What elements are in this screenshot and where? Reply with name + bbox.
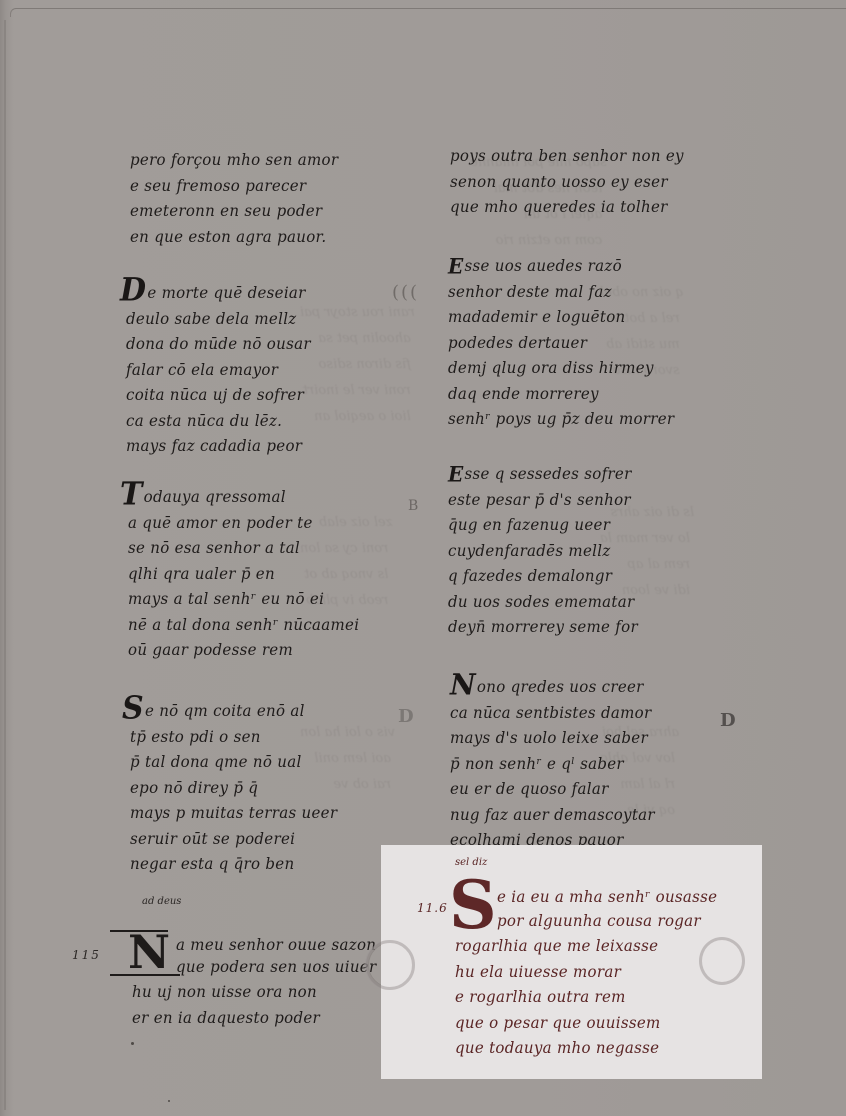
poem-number: 115 — [72, 948, 101, 962]
verse-line: oū gaar podesse rem — [120, 637, 359, 664]
page-edge-top — [10, 8, 846, 17]
verse-line: rogarlhia que me leixasse — [455, 933, 717, 960]
verse-line: poys outra ben senhor non ey — [450, 143, 684, 170]
verse-line: mays a tal senhʳ eu nō ei — [120, 586, 359, 613]
right-stanza-2: Esse uos auedes razō senhor deste mal fa… — [448, 254, 674, 433]
verse-line: se nō esa senhor a tal — [120, 535, 359, 562]
verse-line: hu uj non uisse ora non — [132, 979, 376, 1006]
verse-line: epo nō direy p̄ q̄ — [122, 775, 337, 802]
verse-line: este pesar p̄ d's senhor — [448, 487, 638, 514]
verse-line: deulo sabe dela mellz — [120, 306, 311, 333]
highlighted-poem: e ia eu a mha senhʳ ousasse por alguunha… — [455, 885, 717, 1062]
page-edge-left — [4, 20, 6, 1110]
verse-line: mays p muitas terras ueer — [122, 800, 337, 827]
verse-line: podedes dertauer — [448, 330, 674, 357]
verse-line: seruir oūt se poderei — [122, 826, 337, 853]
verse-line: daq ende morrerey — [448, 381, 674, 408]
decorated-initial: D — [120, 272, 146, 309]
verse-line: e seu fremoso parecer — [130, 173, 338, 200]
verse-line: mays d's uolo leixe saber — [450, 725, 655, 752]
right-stanza-1: poys outra ben senhor non ey senon quant… — [450, 144, 684, 221]
left-stanza-2: De morte quē deseiar deulo sabe dela mel… — [120, 280, 311, 460]
verse-line: p̄ non senhʳ e qˡ saber — [450, 751, 655, 778]
verse-line: p̄ tal dona qme nō ual — [122, 749, 337, 776]
left-stanza-4: Se nō qm coita enō al tp̄ esto pdi o sen… — [122, 698, 337, 878]
verse-line: senon quanto uosso ey eser — [450, 169, 684, 196]
decorated-initial: N — [450, 667, 476, 702]
verse-line: nug faz auer demascoytar — [450, 802, 655, 829]
verse-line: Todauya qressomal — [120, 483, 359, 511]
verse-line: que mho queredes ia tolher — [450, 194, 684, 221]
manuscript-page: sapo mie pol inlanhe leon nes dot mal aq… — [0, 0, 846, 1116]
verse-line: q̄ug en fazenug ueer — [448, 512, 638, 539]
verse-line: du uos sodes emematar — [448, 589, 638, 616]
ink-dot — [131, 1042, 134, 1045]
verse-line: De morte quē deseiar — [120, 279, 311, 307]
verse-line: ca nūca sentbistes damor — [450, 700, 655, 727]
verse-line: eu er de quoso falar — [450, 776, 655, 803]
show-through-text: rani rou stoyr pai ahoolin pet sa fis di… — [300, 300, 415, 430]
left-stanza-3: Todauya qressomal a quē amor en poder te… — [120, 484, 359, 664]
left-final-poem: a meu senhor ouue sazon que podera sen u… — [132, 933, 376, 1031]
verse-line: Nono qredes uos creer — [450, 673, 655, 701]
verse-line: emeteronn en seu poder — [130, 198, 338, 225]
verse-line: senhʳ poys ug p̄z deu morrer — [448, 406, 674, 433]
verse-line: dona do mūde nō ousar — [120, 331, 311, 358]
verse-line: Se nō qm coita enō al — [122, 697, 337, 725]
poem-number: 11.6 — [417, 901, 448, 915]
right-stanza-3: Esse q sessedes sofrer este pesar p̄ d's… — [448, 462, 638, 641]
verse-line: Esse q sessedes sofrer — [448, 461, 638, 488]
verse-line: deyn̄ morrerey seme for — [448, 614, 638, 641]
left-stanza-1: pero forçou mho sen amor e seu fremoso p… — [130, 148, 338, 250]
decorated-initial: T — [120, 476, 143, 513]
verse-line: por alguunha cousa rogar — [455, 908, 717, 935]
verse-line: q fazedes demalongr — [448, 563, 638, 590]
verse-line: negar esta q q̄ro ben — [122, 851, 337, 878]
verse-line: e rogarlhia outra rem — [455, 984, 717, 1011]
verse-line: falar cō ela emayor — [120, 357, 311, 384]
decorated-initial: E — [448, 253, 464, 278]
verse-line: demj qlug ora diss hirmey — [448, 355, 674, 382]
gutter-mark-b: B — [408, 498, 418, 514]
verse-line: cuydenfaradēs mellz — [448, 538, 638, 565]
verse-line: e ia eu a mha senhʳ ousasse — [455, 884, 717, 911]
verse-line: madademir e loguēton — [448, 304, 674, 331]
verse-line: er en ia daquesto poder — [132, 1005, 376, 1032]
rubric-note: ad deus — [142, 896, 181, 907]
ink-dot — [168, 1100, 170, 1102]
show-through-initial — [365, 940, 415, 990]
decorated-initial: E — [448, 461, 464, 486]
right-margin-mark-d: D — [720, 710, 736, 731]
verse-line: que todauya mho negasse — [455, 1035, 717, 1062]
verse-line: a quē amor en poder te — [120, 510, 359, 537]
verse-line: que o pesar que ouuissem — [455, 1010, 717, 1037]
verse-line: coita nūca uj de sofrer — [120, 382, 311, 409]
verse-line: en que eston agra pauor. — [130, 224, 338, 251]
highlighted-poem-region: sel diz 11.6 S e ia eu a mha senhʳ ousas… — [381, 845, 762, 1079]
verse-line: nē a tal dona senhʳ nūcaamei — [120, 612, 359, 639]
verse-line: pero forçou mho sen amor — [130, 147, 338, 174]
verse-line: que podera sen uos uiuer — [132, 954, 376, 981]
verse-line: hu ela uiuesse morar — [455, 959, 717, 986]
right-stanza-4: Nono qredes uos creer ca nūca sentbistes… — [450, 674, 655, 854]
gutter-mark: ((( — [392, 282, 419, 303]
verse-line: senhor deste mal faz — [448, 279, 674, 306]
decorated-initial: S — [122, 690, 144, 727]
verse-line: Esse uos auedes razō — [448, 253, 674, 280]
gutter-mark-d: D — [398, 706, 414, 727]
verse-line: qlhi qra ualer p̄ en — [120, 561, 359, 588]
verse-line: ca esta nūca du lēz. — [120, 408, 311, 435]
verse-line: mays faz cadadia peor — [120, 433, 311, 460]
verse-line: tp̄ esto pdi o sen — [122, 724, 337, 751]
